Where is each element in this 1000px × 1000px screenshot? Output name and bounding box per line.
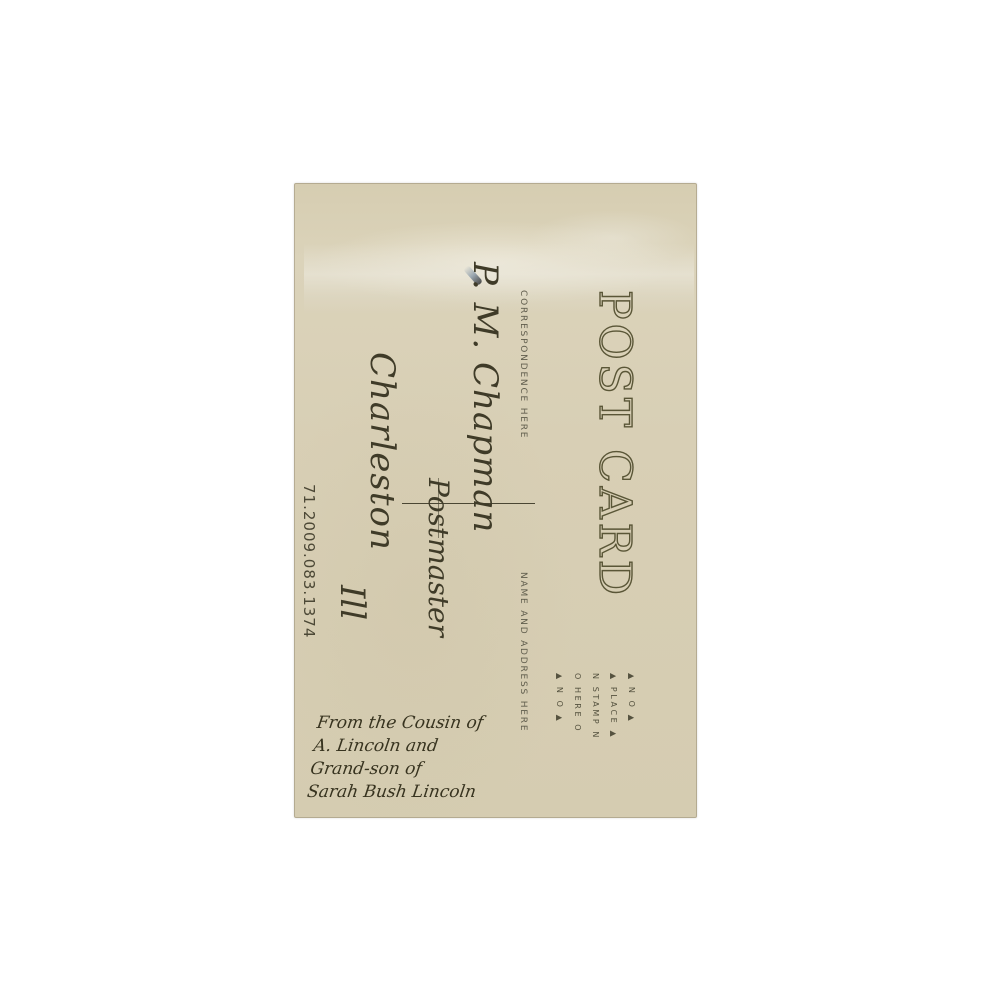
- correspondence-label: CORRESPONDENCE HERE: [518, 290, 528, 439]
- handwritten-note: From the Cousin of A. Lincoln and Grand-…: [306, 712, 488, 804]
- stamp-stamp-text: N STAMP N: [591, 673, 600, 740]
- handwritten-addressee-city: Charleston: [362, 352, 402, 551]
- note-line: Grand-son of: [309, 758, 481, 781]
- stamp-here-text: O HERE O: [573, 673, 582, 733]
- stamp-border-col: ▲ N O ▲: [627, 673, 636, 723]
- handwritten-addressee-name: P. M. Chapman: [465, 262, 505, 533]
- page: POST CARD CORRESPONDENCE HERE NAME AND A…: [0, 0, 1000, 1000]
- handwritten-addressee-title: Postmaster: [422, 478, 455, 637]
- postcard-title: POST CARD: [589, 290, 640, 599]
- address-label: NAME AND ADDRESS HERE: [518, 572, 528, 732]
- stamp-box: ▲ N O ▲ ▲ PLACE ▲ N STAMP N O HERE O ▲ N…: [546, 673, 636, 767]
- stamp-border-col: ▲ N O ▲: [555, 673, 564, 723]
- catalog-number: 71.2009.083.1374: [300, 484, 318, 638]
- note-line: From the Cousin of: [315, 712, 487, 735]
- note-line: A. Lincoln and: [312, 735, 484, 758]
- stamp-place-text: ▲ PLACE ▲: [609, 673, 618, 739]
- note-line: Sarah Bush Lincoln: [306, 781, 478, 804]
- handwritten-initials: Ill: [332, 585, 372, 620]
